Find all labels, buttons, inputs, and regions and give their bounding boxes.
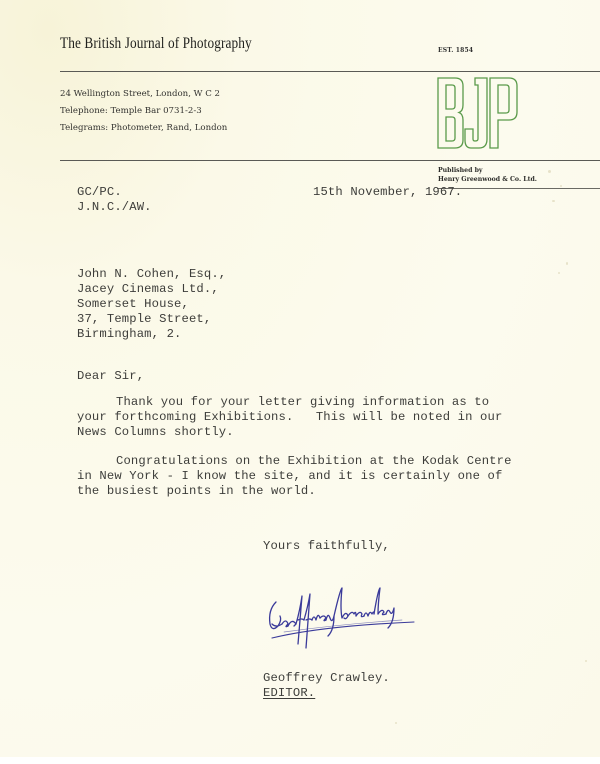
recipient-address: John N. Cohen, Esq., Jacey Cinemas Ltd.,… (77, 267, 226, 342)
recipient-street: 37, Temple Street, (77, 312, 226, 327)
reference-yours: J.N.C./AW. (77, 200, 152, 215)
paper-speck (558, 272, 560, 274)
salutation: Dear Sir, (77, 369, 144, 384)
signer-name: Geoffrey Crawley. (263, 671, 390, 686)
paragraph-line: your forthcoming Exhibitions. This will … (77, 410, 557, 425)
publisher-name: Henry Greenwood & Co. Ltd. (438, 175, 537, 184)
handwritten-signature (262, 580, 422, 660)
paper-speck (548, 170, 551, 173)
bjp-logo-icon (437, 77, 519, 149)
paragraph-line: the busiest points in the world. (77, 484, 557, 499)
recipient-company: Jacey Cinemas Ltd., (77, 282, 226, 297)
publication-name: The British Journal of Photography (60, 35, 252, 53)
recipient-name: John N. Cohen, Esq., (77, 267, 226, 282)
paper-speck (560, 185, 562, 187)
paper-speck (552, 200, 555, 202)
header-divider-bottom (60, 160, 600, 161)
letter-date: 15th November, 1967. (313, 185, 462, 200)
address-telegrams: Telegrams: Photometer, Rand, London (60, 123, 227, 133)
body-paragraph-1: Thank you for your letter giving informa… (77, 395, 557, 440)
paragraph-line: Thank you for your letter giving informa… (77, 395, 557, 410)
reference-block: GC/PC. J.N.C./AW. (77, 185, 152, 215)
publisher-label: Published by (438, 166, 537, 175)
body-paragraph-2: Congratulations on the Exhibition at the… (77, 454, 557, 499)
address-telephone: Telephone: Temple Bar 0731-2-3 (60, 106, 202, 116)
header-divider-top (60, 71, 600, 72)
recipient-city: Birmingham, 2. (77, 327, 226, 342)
reference-ours: GC/PC. (77, 185, 152, 200)
paragraph-line: Congratulations on the Exhibition at the… (77, 454, 557, 469)
letter-page: The British Journal of Photography EST. … (0, 0, 600, 757)
recipient-building: Somerset House, (77, 297, 226, 312)
paper-speck (566, 262, 568, 265)
signer-title: EDITOR. (263, 686, 315, 701)
paper-speck (585, 660, 587, 662)
paragraph-line: in New York - I know the site, and it is… (77, 469, 557, 484)
publisher-block: Published by Henry Greenwood & Co. Ltd. (438, 166, 537, 184)
address-street: 24 Wellington Street, London, W C 2 (60, 89, 220, 99)
paper-speck (395, 722, 397, 724)
complimentary-close: Yours faithfully, (263, 539, 390, 554)
established-year: EST. 1854 (438, 47, 473, 54)
paragraph-line: News Columns shortly. (77, 425, 557, 440)
